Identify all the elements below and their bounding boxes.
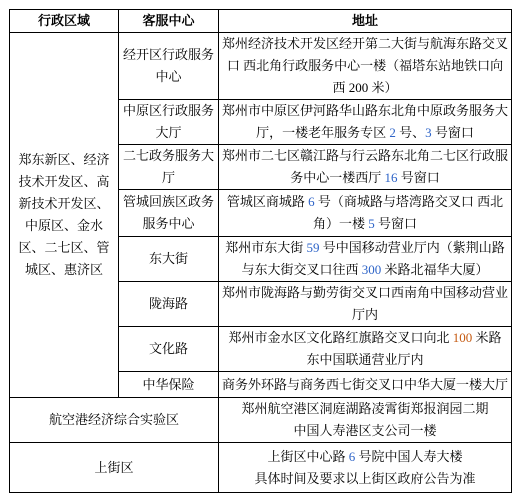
address-text: 号窗口 [432,125,474,140]
address-text: 号窗口 [375,216,417,231]
number-highlight: 300 [362,262,382,277]
address-text: 郑州航空港区洞庭湖路凌霄街郑报润园二期 [241,401,488,416]
address-text: 郑州市东大街 [225,240,306,255]
table-body: 郑东新区、经济技术开发区、高新技术开发区、中原区、金水区、二七区、管城区、惠济区… [10,33,512,493]
address-text: 郑州市二七区赣江路与行云路东北角二七区行政服务中心一楼西厅 [222,148,508,185]
service-center-cell: 东大街 [119,237,219,282]
address-text: 号、 [396,125,425,140]
address-cell: 郑州市中原区伊河路华山路东北角中原政务服务大厅，一楼老年服务专区 2 号、3 号… [219,100,512,145]
header-region: 行政区域 [10,10,119,33]
service-center-cell: 管城回族区政务服务中心 [119,190,219,237]
address-text: 米路北福华大厦） [381,262,488,277]
number-highlight: 100 [453,330,473,345]
address-cell: 商务外环路与商务西七街交叉口中华大厦一楼大厅 [219,372,512,398]
address-text: 管城区商城路 [227,194,308,209]
merged-region-cell: 航空港经济综合实验区 [10,398,219,443]
table-row: 航空港经济综合实验区郑州航空港区洞庭湖路凌霄街郑报润园二期中国人寿港区支公司一楼 [10,398,512,443]
address-text: 号窗口 [398,170,440,185]
address-text: 上街区中心路 [267,449,348,464]
service-center-cell: 二七政务服务大厅 [119,145,219,190]
address-cell: 郑州市二七区赣江路与行云路东北角二七区行政服务中心一楼西厅 16 号窗口 [219,145,512,190]
address-cell: 上街区中心路 6 号院中国人寿大楼具体时间及要求以上街区政府公告为准 [219,443,512,493]
service-centers-table: 行政区域 客服中心 地址 郑东新区、经济技术开发区、高新技术开发区、中原区、金水… [9,9,512,493]
header-row: 行政区域 客服中心 地址 [10,10,512,33]
address-text: 郑州市金水区文化路红旗路交叉口向北 [228,330,452,345]
address-cell: 郑州经济技术开发区经开第二大街与航海东路交叉口 西北角行政服务中心一楼（福塔东站… [219,33,512,100]
number-highlight: 59 [307,240,320,255]
address-text: 具体时间及要求以上街区政府公告为准 [254,471,475,486]
address-text: 郑州市陇海路与勤劳街交叉口西南角中国移动营业厅内 [222,285,508,322]
region-group-cell: 郑东新区、经济技术开发区、高新技术开发区、中原区、金水区、二七区、管城区、惠济区 [10,33,119,398]
address-text: 号院中国人寿大楼 [355,449,462,464]
header-address: 地址 [219,10,512,33]
address-cell: 郑州市陇海路与勤劳街交叉口西南角中国移动营业厅内 [219,282,512,327]
table-header: 行政区域 客服中心 地址 [10,10,512,33]
address-cell: 郑州市金水区文化路红旗路交叉口向北 100 米路东中国联通营业厅内 [219,327,512,372]
address-cell: 管城区商城路 6 号（商城路与塔湾路交叉口 西北角）一楼 5 号窗口 [219,190,512,237]
header-service-center: 客服中心 [119,10,219,33]
service-center-cell: 中原区行政服务大厅 [119,100,219,145]
merged-region-cell: 上街区 [10,443,219,493]
service-center-cell: 文化路 [119,327,219,372]
service-center-cell: 陇海路 [119,282,219,327]
table-row: 上街区上街区中心路 6 号院中国人寿大楼具体时间及要求以上街区政府公告为准 [10,443,512,493]
address-text: 郑州经济技术开发区经开第二大街与航海东路交叉口 西北角行政服务中心一楼（福塔东站… [222,36,508,95]
address-cell: 郑州航空港区洞庭湖路凌霄街郑报润园二期中国人寿港区支公司一楼 [219,398,512,443]
table-row: 郑东新区、经济技术开发区、高新技术开发区、中原区、金水区、二七区、管城区、惠济区… [10,33,512,100]
address-text: 商务外环路与商务西七街交叉口中华大厦一楼大厅 [222,377,508,392]
service-center-cell: 中华保险 [119,372,219,398]
address-text: 中国人寿港区支公司一楼 [293,423,436,438]
service-center-cell: 经开区行政服务中心 [119,33,219,100]
number-highlight: 16 [385,170,398,185]
address-cell: 郑州市东大街 59 号中国移动营业厅内（紫荆山路与东大街交叉口往西 300 米路… [219,237,512,282]
